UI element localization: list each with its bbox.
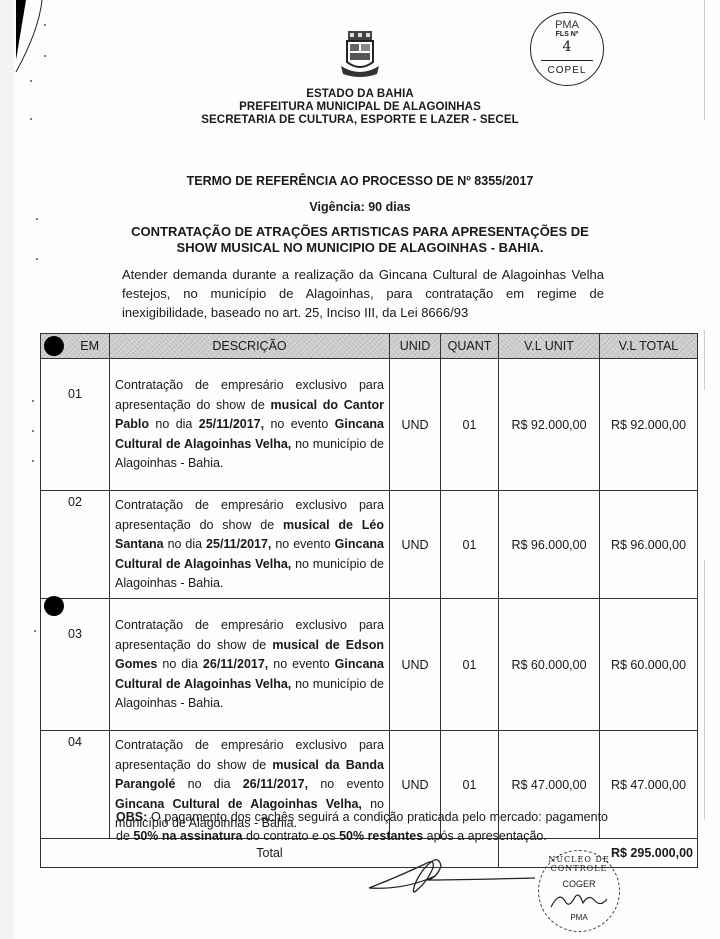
- item-total-value: R$ 47.000,00: [600, 731, 698, 839]
- item-number: 03: [41, 599, 110, 731]
- page-number-stamp: PMA FLS Nº 4 COPEL: [530, 12, 604, 86]
- item-quantity: 01: [441, 359, 499, 491]
- item-description: Contratação de empresário exclusivo para…: [110, 599, 390, 731]
- item-unit-value: R$ 92.000,00: [499, 359, 600, 491]
- scan-edge-line: [704, 560, 705, 820]
- description-text: Contratação de empresário exclusivo para…: [110, 615, 389, 714]
- control-stamp-arc-text: NÚCLEO DE CONTROLE: [539, 855, 619, 873]
- item-quantity: 01: [441, 599, 499, 731]
- punch-hole-icon: [44, 596, 64, 616]
- item-unit: UND: [390, 359, 441, 491]
- item-unit-value: R$ 60.000,00: [499, 599, 600, 731]
- table-row: 02Contratação de empresário exclusivo pa…: [41, 491, 698, 599]
- description-text: Contratação de empresário exclusivo para…: [110, 375, 389, 474]
- control-stamp-bottom: PMA: [539, 913, 619, 922]
- control-signature-icon: [549, 889, 609, 911]
- stamp-fls-label: FLS Nº: [531, 31, 603, 38]
- document-title: TERMO DE REFERÊNCIA AO PROCESSO DE Nº 83…: [0, 174, 720, 188]
- item-unit: UND: [390, 599, 441, 731]
- item-total-value: R$ 60.000,00: [600, 599, 698, 731]
- letterhead-state: ESTADO DA BAHIA: [0, 88, 720, 100]
- subject-line-1: CONTRATAÇÃO DE ATRAÇÕES ARTISTICAS PARA …: [0, 224, 720, 239]
- letterhead-prefecture: PREFEITURA MUNICIPAL DE ALAGOINHAS: [0, 101, 720, 113]
- observation-paragraph: OBS: O pagamento dos cachês seguirá a co…: [116, 808, 608, 846]
- signature-icon: [365, 850, 535, 900]
- stamp-page-number: 4: [531, 39, 603, 55]
- coat-of-arms-icon: [339, 30, 381, 80]
- subject-line-2: SHOW MUSICAL NO MUNICIPIO DE ALAGOINHAS …: [0, 240, 720, 255]
- punch-hole-icon: [44, 336, 64, 356]
- scan-speck: [44, 24, 46, 26]
- control-stamp-center: COGER: [539, 879, 619, 889]
- control-stamp: NÚCLEO DE CONTROLE COGER PMA: [538, 850, 620, 932]
- header-unit-value: V.L UNIT: [499, 334, 600, 359]
- validity: Vigência: 90 dias: [0, 200, 720, 214]
- scan-speck: [32, 430, 34, 432]
- table-row: 01Contratação de empresário exclusivo pa…: [41, 359, 698, 491]
- scan-speck: [32, 400, 34, 402]
- item-quantity: 01: [441, 491, 499, 599]
- items-table: EM DESCRIÇÃO UNID QUANT V.L UNIT V.L TOT…: [40, 333, 698, 868]
- scan-speck: [44, 55, 46, 57]
- item-total-value: R$ 92.000,00: [600, 359, 698, 491]
- item-number: 04: [41, 731, 110, 839]
- table-row: 03Contratação de empresário exclusivo pa…: [41, 599, 698, 731]
- description-text: Contratação de empresário exclusivo para…: [110, 495, 389, 594]
- item-total-value: R$ 96.000,00: [600, 491, 698, 599]
- item-description: Contratação de empresário exclusivo para…: [110, 491, 390, 599]
- scan-speck: [36, 218, 38, 220]
- item-number: 01: [41, 359, 110, 491]
- header-quantity: QUANT: [441, 334, 499, 359]
- stamp-divider: [541, 60, 593, 61]
- item-number: 02: [41, 491, 110, 599]
- item-description: Contratação de empresário exclusivo para…: [110, 359, 390, 491]
- scan-corner-artifact-icon: [14, 0, 44, 75]
- intro-paragraph: Atender demanda durante a realização da …: [122, 265, 604, 322]
- scan-speck: [30, 80, 32, 82]
- header-unit: UNID: [390, 334, 441, 359]
- header-description: DESCRIÇÃO: [110, 334, 390, 359]
- scan-left-margin: [0, 0, 14, 939]
- table-header-row: EM DESCRIÇÃO UNID QUANT V.L UNIT V.L TOT…: [41, 334, 698, 359]
- stamp-pma-label: PMA: [531, 19, 603, 31]
- stamp-copel-label: COPEL: [531, 65, 603, 76]
- scan-speck: [36, 258, 38, 260]
- scan-edge-line: [704, 330, 705, 390]
- header-total-value: V.L TOTAL: [600, 334, 698, 359]
- item-unit: UND: [390, 491, 441, 599]
- scan-speck: [32, 460, 34, 462]
- item-unit-value: R$ 96.000,00: [499, 491, 600, 599]
- letterhead-secretariat: SECRETARIA DE CULTURA, ESPORTE E LAZER -…: [0, 114, 720, 126]
- scan-speck: [34, 630, 36, 632]
